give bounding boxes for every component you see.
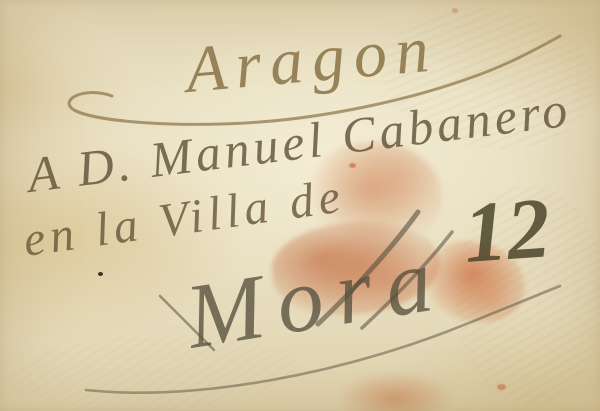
destination-handwriting: Mora (177, 226, 452, 368)
origin-annotation-handwriting: Aragon (179, 12, 440, 107)
handwriting-layer: Aragon A D. Manuel Cabanero en la Villa … (0, 0, 600, 411)
letter-cover-scan: Aragon A D. Manuel Cabanero en la Villa … (0, 0, 600, 411)
postal-rate-marking: 12 (461, 179, 553, 281)
